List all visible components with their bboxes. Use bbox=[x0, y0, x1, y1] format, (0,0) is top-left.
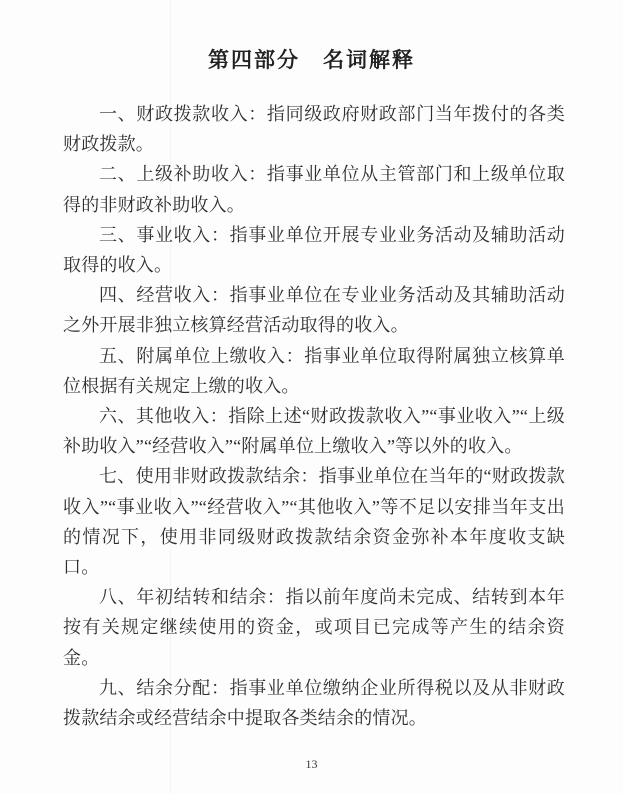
document-page: 第四部分 名词解释 一、财政拨款收入：指同级政府财政部门当年拨付的各类财政拨款。… bbox=[0, 0, 623, 794]
term-paragraph-6: 六、其他收入：指除上述“财政拨款收入”“事业收入”“上级补助收入”“经营收入”“… bbox=[63, 401, 565, 461]
term-paragraph-9: 九、结余分配：指事业单位缴纳企业所得税以及从非财政拨款结余或经营结余中提取各类结… bbox=[63, 673, 565, 733]
term-paragraph-1: 一、财政拨款收入：指同级政府财政部门当年拨付的各类财政拨款。 bbox=[63, 99, 565, 159]
term-paragraph-4: 四、经营收入：指事业单位在专业业务活动及其辅助活动之外开展非独立核算经营活动取得… bbox=[63, 280, 565, 340]
term-paragraph-3: 三、事业收入：指事业单位开展专业业务活动及辅助活动取得的收入。 bbox=[63, 220, 565, 280]
glossary-body: 一、财政拨款收入：指同级政府财政部门当年拨付的各类财政拨款。 二、上级补助收入：… bbox=[63, 99, 565, 733]
page-title: 第四部分 名词解释 bbox=[0, 44, 623, 74]
term-paragraph-7: 七、使用非财政拨款结余：指事业单位在当年的“财政拨款收入”“事业收入”“经营收入… bbox=[63, 461, 565, 582]
page-number: 13 bbox=[0, 757, 623, 772]
term-paragraph-8: 八、年初结转和结余：指以前年度尚未完成、结转到本年按有关规定继续使用的资金，或项… bbox=[63, 582, 565, 673]
term-paragraph-2: 二、上级补助收入：指事业单位从主管部门和上级单位取得的非财政补助收入。 bbox=[63, 159, 565, 219]
term-paragraph-5: 五、附属单位上缴收入：指事业单位取得附属独立核算单位根据有关规定上缴的收入。 bbox=[63, 341, 565, 401]
